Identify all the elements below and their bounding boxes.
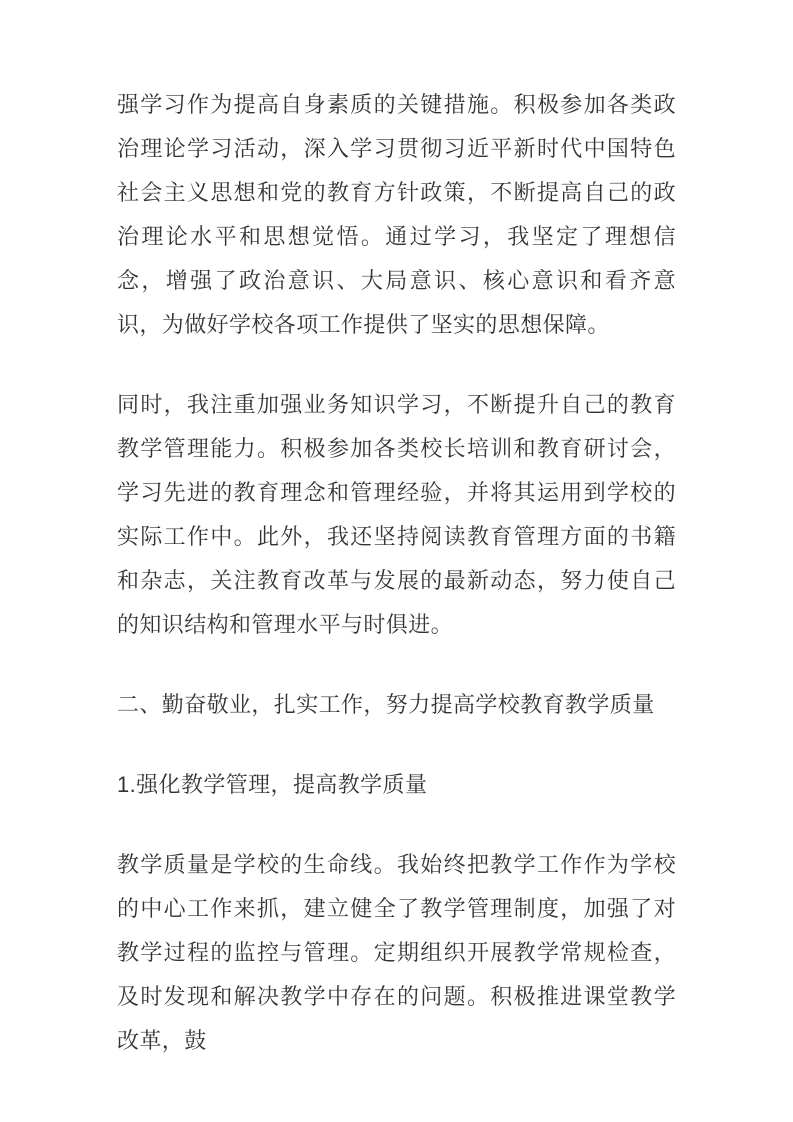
document-page: 强学习作为提高自身素质的关键措施。积极参加各类政治理论学习活动，深入学习贯彻习近… (0, 0, 793, 1122)
section-heading-diligence: 二、勤奋敬业，扎实工作，努力提高学校教育教学质量 (117, 683, 676, 727)
subsection-heading-teaching-management: 1.强化教学管理，提高教学质量 (117, 763, 676, 807)
paragraph-professional-learning: 同时，我注重加强业务知识学习，不断提升自己的教育教学管理能力。积极参加各类校长培… (117, 383, 676, 647)
paragraph-teaching-quality: 教学质量是学校的生命线。我始终把教学工作作为学校的中心工作来抓，建立健全了教学管… (117, 843, 676, 1063)
paragraph-political-study: 强学习作为提高自身素质的关键措施。积极参加各类政治理论学习活动，深入学习贯彻习近… (117, 83, 676, 347)
